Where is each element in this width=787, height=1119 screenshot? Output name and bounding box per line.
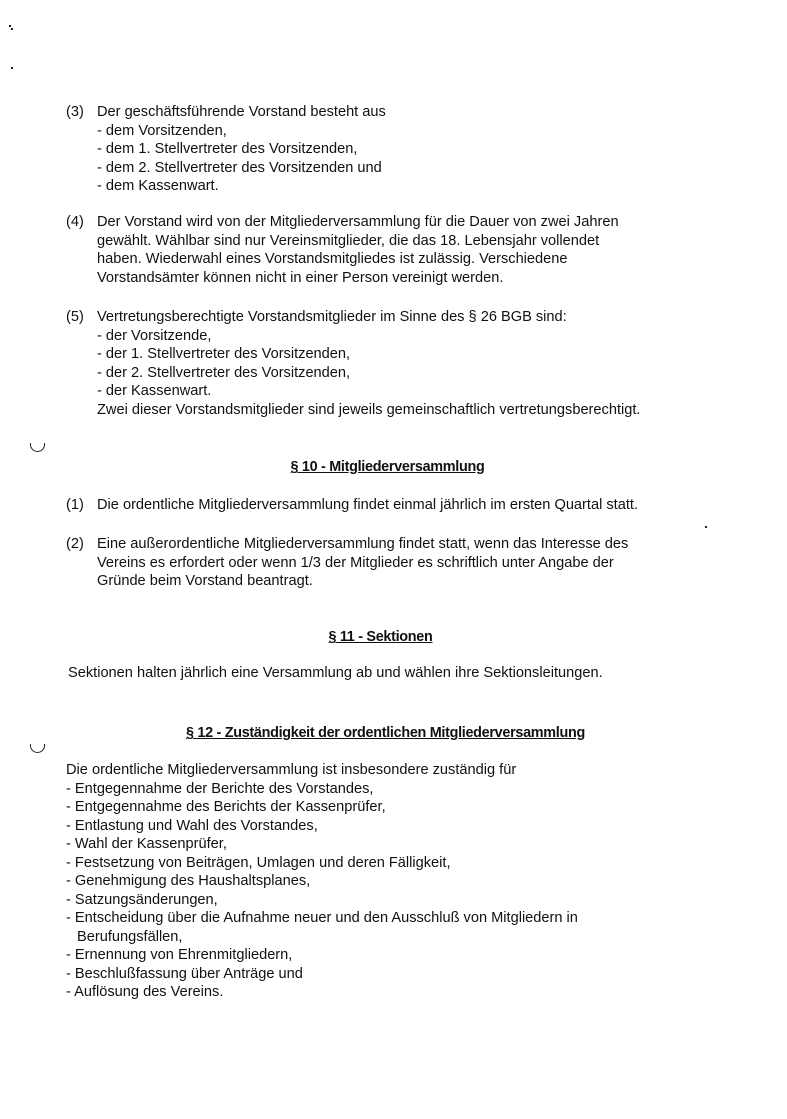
section-12-intro: Die ordentliche Mitgliederversammlung is… <box>66 761 578 780</box>
clause-number: (2) <box>66 535 84 554</box>
clause-line: Die ordentliche Mitgliederversammlung fi… <box>97 496 706 515</box>
list-item: - Wahl der Kassenprüfer, <box>66 835 578 854</box>
section-12-body: Die ordentliche Mitgliederversammlung is… <box>66 761 578 1002</box>
scan-speck <box>11 28 13 30</box>
clause-line: - dem Kassenwart. <box>97 177 706 196</box>
scan-speck <box>11 67 13 69</box>
clause-9-3: (3) Der geschäftsführende Vorstand beste… <box>66 103 706 198</box>
clause-line: Eine außerordentliche Mitgliederversamml… <box>97 535 706 554</box>
list-item: - Entlastung und Wahl des Vorstandes, <box>66 817 578 836</box>
clause-line: Vertretungsberechtigte Vorstandsmitglied… <box>97 308 706 327</box>
clause-line: Zwei dieser Vorstandsmitglieder sind jew… <box>97 401 706 420</box>
list-item: - Entgegennahme der Berichte des Vorstan… <box>66 780 578 799</box>
clause-line: haben. Wiederwahl eines Vorstandsmitglie… <box>97 250 706 269</box>
clause-line: Gründe beim Vorstand beantragt. <box>97 572 706 591</box>
section-11-heading: § 11 - Sektionen <box>0 628 774 647</box>
clause-number: (4) <box>66 213 84 232</box>
list-item: - Ernennung von Ehrenmitgliedern, <box>66 946 578 965</box>
clause-line: - der Kassenwart. <box>97 382 706 401</box>
clause-10-1: (1) Die ordentliche Mitgliederversammlun… <box>66 496 706 516</box>
clause-line: Vorstandsämter können nicht in einer Per… <box>97 269 706 288</box>
clause-line: - dem 2. Stellvertreter des Vorsitzenden… <box>97 159 706 178</box>
list-item: - Satzungsänderungen, <box>66 891 578 910</box>
punch-hole-mark <box>30 443 45 452</box>
list-item: - Entscheidung über die Aufnahme neuer u… <box>66 909 578 928</box>
section-12-heading: § 12 - Zuständigkeit der ordentlichen Mi… <box>0 724 779 743</box>
clause-9-5: (5) Vertretungsberechtigte Vorstandsmitg… <box>66 308 706 422</box>
list-item: - Beschlußfassung über Anträge und <box>66 965 578 984</box>
list-item: - Festsetzung von Beiträgen, Umlagen und… <box>66 854 578 873</box>
section-10-heading: § 10 - Mitgliederversammlung <box>0 458 781 477</box>
clause-10-2: (2) Eine außerordentliche Mitgliedervers… <box>66 535 706 592</box>
clause-line: - der Vorsitzende, <box>97 327 706 346</box>
clause-line: Der geschäftsführende Vorstand besteht a… <box>97 103 706 122</box>
clause-line: Vereins es erfordert oder wenn 1/3 der M… <box>97 554 706 573</box>
clause-line: - der 2. Stellvertreter des Vorsitzenden… <box>97 364 706 383</box>
clause-number: (1) <box>66 496 84 515</box>
list-item: - Genehmigung des Haushaltsplanes, <box>66 872 578 891</box>
scan-speck <box>705 526 707 528</box>
list-item: - Entgegennahme des Berichts der Kassenp… <box>66 798 578 817</box>
list-item-continuation: Berufungsfällen, <box>66 928 578 947</box>
clause-number: (3) <box>66 103 84 122</box>
clause-line: - dem 1. Stellvertreter des Vorsitzenden… <box>97 140 706 159</box>
scan-speck <box>9 25 11 27</box>
clause-9-4: (4) Der Vorstand wird von der Mitglieder… <box>66 213 706 289</box>
clause-line: gewählt. Wählbar sind nur Vereinsmitglie… <box>97 232 706 251</box>
clause-line: Der Vorstand wird von der Mitgliedervers… <box>97 213 706 232</box>
clause-line: - der 1. Stellvertreter des Vorsitzenden… <box>97 345 706 364</box>
punch-hole-mark <box>30 744 45 753</box>
section-11-text: Sektionen halten jährlich eine Versammlu… <box>68 664 603 683</box>
list-item: - Auflösung des Vereins. <box>66 983 578 1002</box>
clause-number: (5) <box>66 308 84 327</box>
clause-line: - dem Vorsitzenden, <box>97 122 706 141</box>
